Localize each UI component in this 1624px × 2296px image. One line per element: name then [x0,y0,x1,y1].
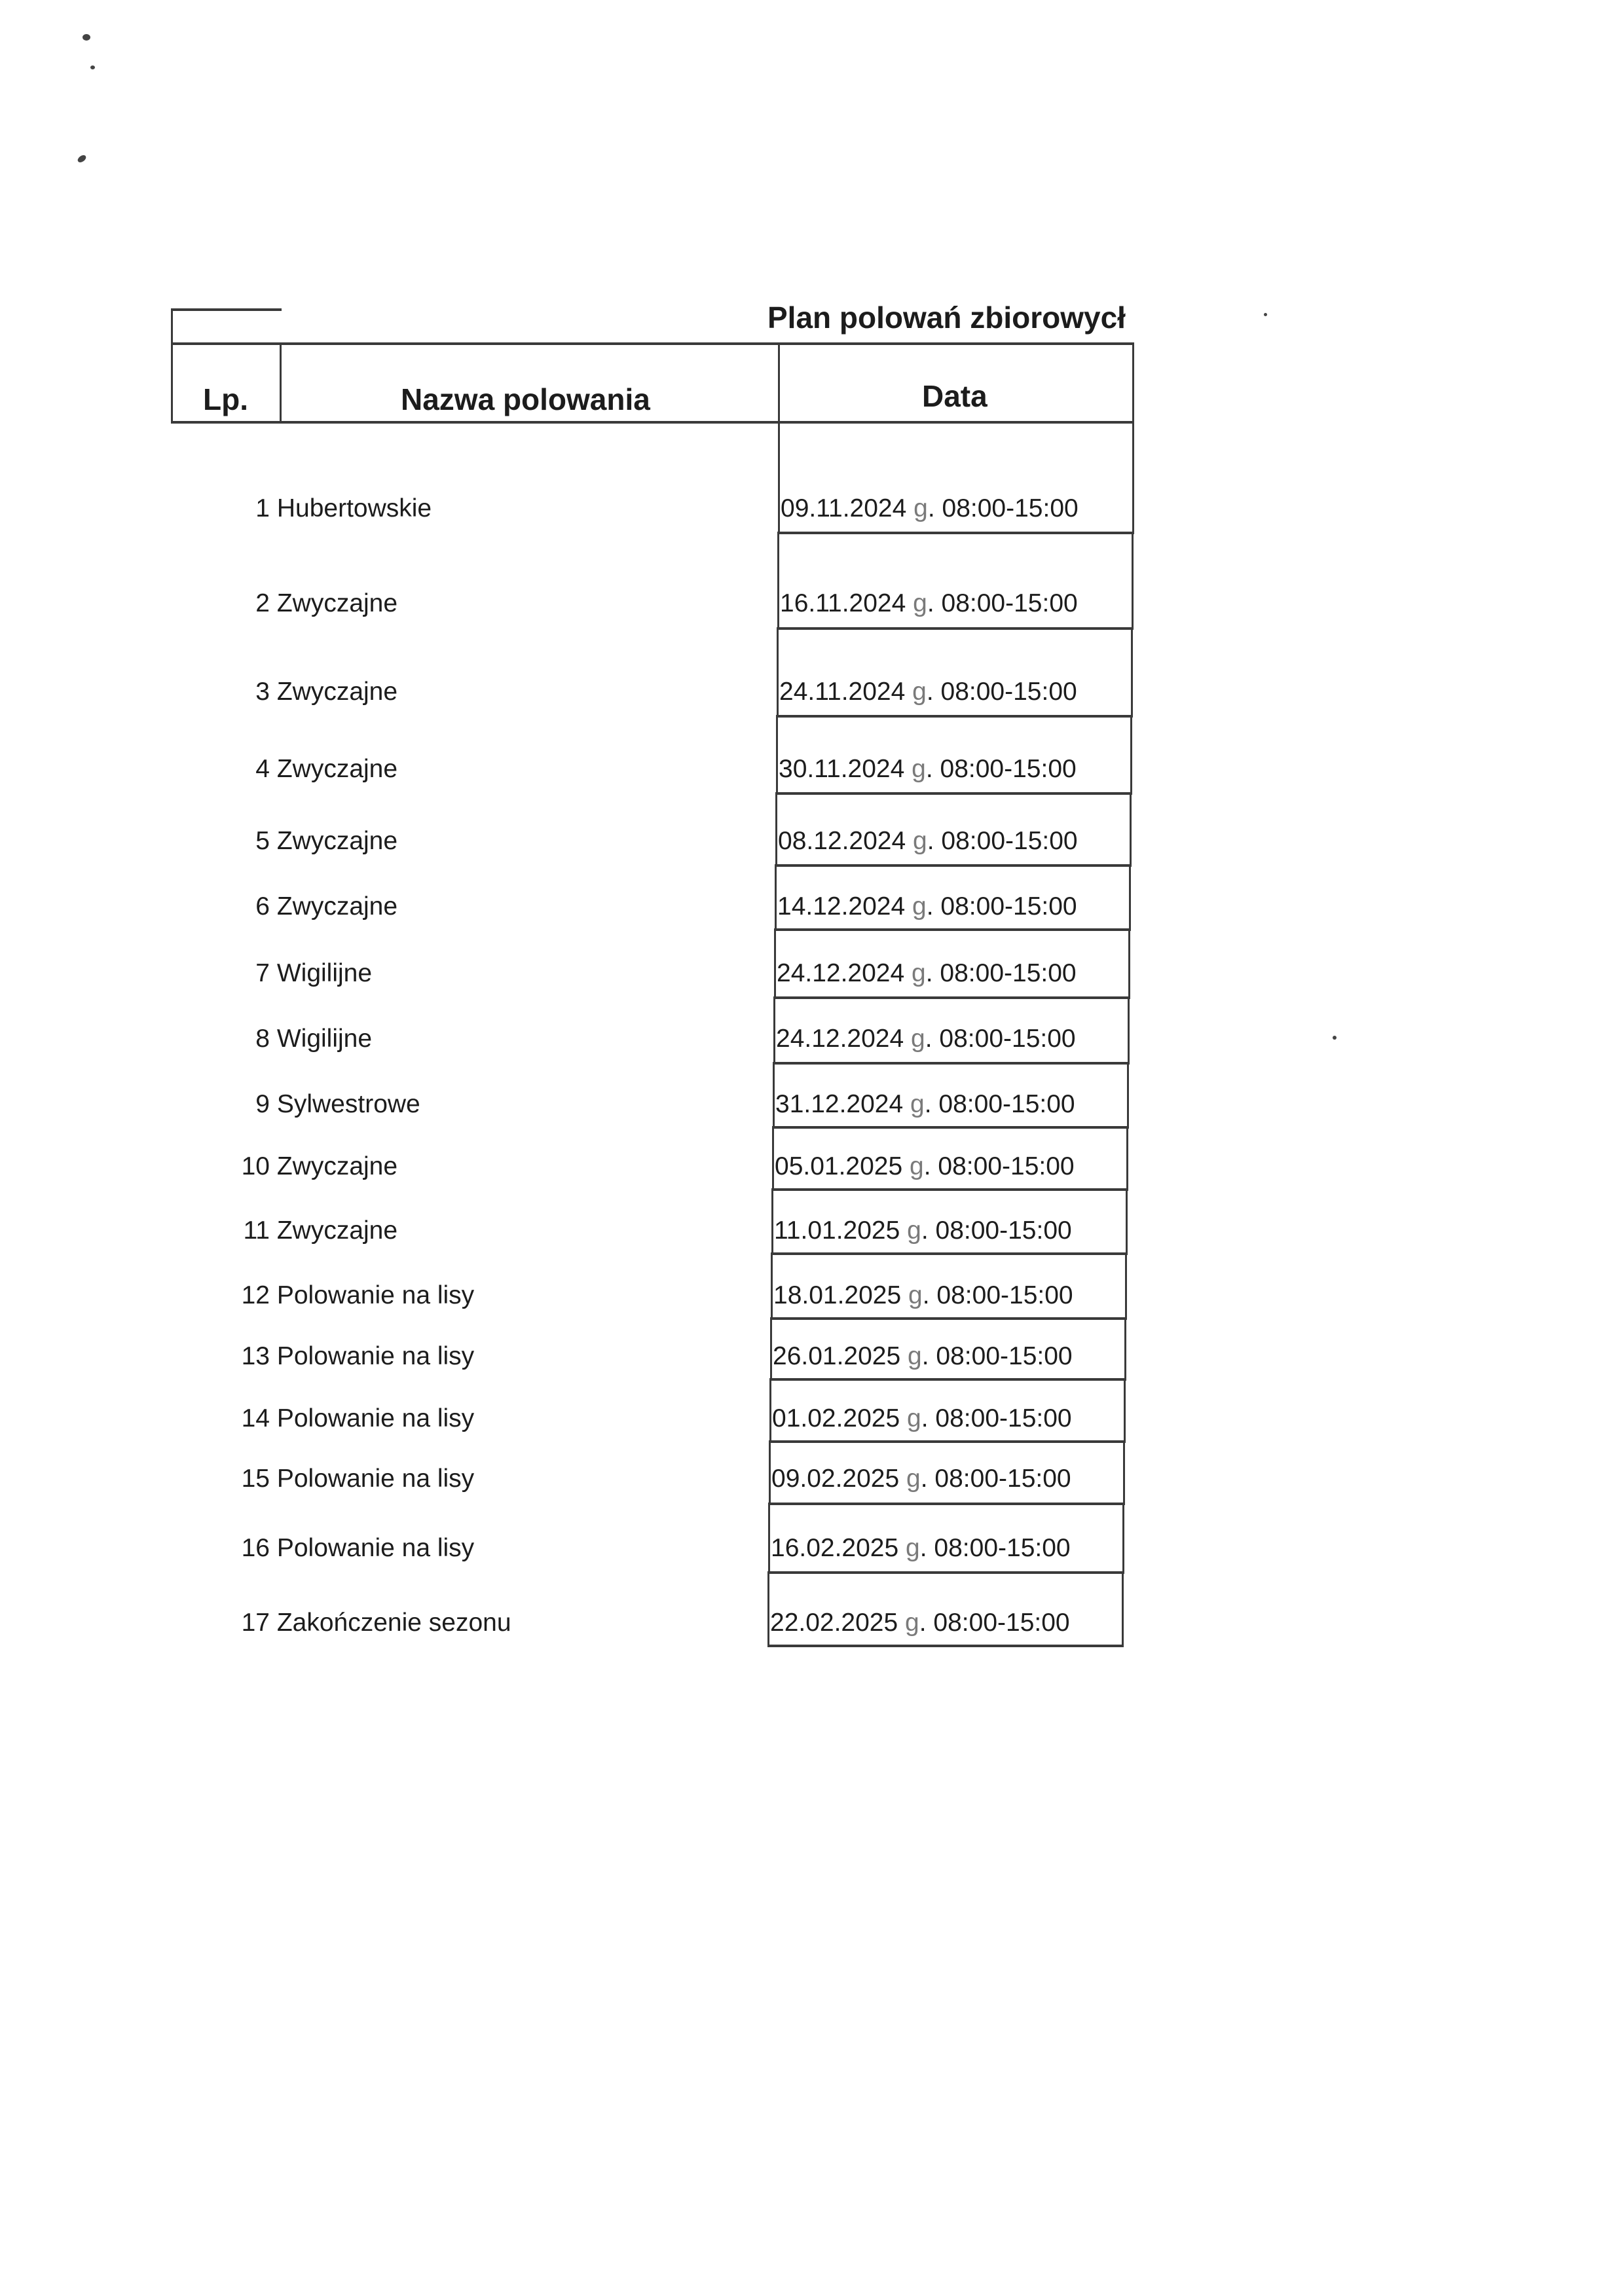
row-lp: 17 [242,1609,270,1637]
row-name: 4 Zwyczajne [255,755,397,784]
date-cell-bottom-border [769,1440,1126,1443]
date-cell-bottom-border [773,1126,1129,1129]
row-date-hour-abbrev: g [913,589,927,617]
date-cell-left-border [769,1440,771,1504]
row-hunt-name: Polowanie na lisy [277,1465,474,1493]
row-time-range: . 08:00-15:00 [927,892,1077,920]
row-hunt-name: Zwyczajne [277,1152,397,1180]
header-top-stub [172,308,282,311]
row-date-hour-abbrev: g [911,1025,925,1053]
row-time-range: . 08:00-15:00 [924,1152,1075,1180]
row-date-value: 31.12.2024 [775,1090,903,1118]
row-date: 01.02.2025 g. 08:00-15:00 [772,1404,1072,1433]
row-date-hour-abbrev: g [905,1609,919,1637]
lp-col-divider [280,342,282,424]
row-date-value: 11.01.2025 [774,1216,900,1245]
row-hunt-name: Zwyczajne [277,827,397,855]
row-name: 3 Zwyczajne [255,678,397,706]
row-lp: 11 [244,1216,270,1245]
date-cell-bottom-border [778,532,1134,534]
row-date-value: 24.12.2024 [777,959,904,987]
row-lp: 12 [242,1281,270,1309]
row-date-hour-abbrev: g [907,1216,921,1245]
date-cell-right-border [1130,792,1132,866]
row-time-range: . 08:00-15:00 [921,1216,1072,1245]
row-date-value: 05.01.2025 [775,1152,902,1180]
row-name: 1 Hubertowskie [255,494,432,523]
row-hunt-name: Polowanie na lisy [277,1534,474,1562]
date-cell-bottom-border [770,1378,1126,1381]
scan-speck [1264,313,1267,316]
row-lp: 5 [255,827,270,855]
row-time-range: . 08:00-15:00 [923,1281,1073,1309]
date-cell-bottom-border [775,928,1131,931]
row-date-value: 16.11.2024 [780,589,906,617]
row-time-range: . 08:00-15:00 [927,827,1078,855]
row-lp: 7 [255,959,270,987]
date-cell-bottom-border [771,1317,1127,1320]
date-cell-left-border [771,1252,773,1319]
column-header-date: Data [922,378,987,414]
date-cell-bottom-border [777,627,1134,630]
date-cell-left-border [773,1062,775,1128]
row-time-range: . 08:00-15:00 [921,1465,1071,1493]
row-date: 26.01.2025 g. 08:00-15:00 [773,1342,1073,1371]
row-date: 24.11.2024 g. 08:00-15:00 [779,678,1077,706]
date-cell-bottom-border [768,1571,1124,1574]
document-title: Plan polowań zbiorowycł [767,300,1134,335]
date-cell-left-border [775,864,777,930]
row-hunt-name: Zwyczajne [277,1216,397,1245]
date-cell-bottom-border [771,1252,1128,1255]
row-lp: 13 [242,1342,270,1370]
row-date: 18.01.2025 g. 08:00-15:00 [773,1281,1073,1310]
row-date-value: 09.11.2024 [781,494,906,522]
row-date-hour-abbrev: g [913,494,928,522]
row-date-value: 30.11.2024 [779,755,904,783]
date-cell-right-border [1125,1252,1127,1319]
row-name: 12 Polowanie na lisy [242,1281,475,1310]
date-cell-right-border [1128,996,1130,1064]
row-lp: 10 [242,1152,270,1180]
row-name: 14 Polowanie na lisy [242,1404,475,1433]
date-cell-left-border [768,1503,770,1573]
row-date-hour-abbrev: g [912,755,926,783]
date-col-right-border-header [1132,342,1134,424]
date-cell-left-border [772,1126,774,1190]
scan-speck [77,154,88,164]
row-hunt-name: Zwyczajne [277,589,397,617]
row-date: 22.02.2025 g. 08:00-15:00 [770,1609,1070,1637]
row-lp: 15 [242,1465,270,1493]
row-hunt-name: Zwyczajne [277,892,397,920]
row-name: 17 Zakończenie sezonu [242,1609,511,1637]
row-date-hour-abbrev: g [906,1465,921,1493]
row-name: 8 Wigilijne [255,1025,372,1053]
date-cell-bottom-border [772,1188,1128,1191]
row-date-value: 08.12.2024 [778,827,906,855]
date-cell-left-border [776,715,778,794]
row-date: 11.01.2025 g. 08:00-15:00 [774,1216,1072,1245]
row-hunt-name: Polowanie na lisy [277,1342,474,1370]
row-hunt-name: Wigilijne [277,959,372,987]
row-date-value: 24.11.2024 [779,678,905,706]
row-hunt-name: Zakończenie sezonu [277,1609,511,1637]
row-lp: 9 [255,1090,270,1118]
row-time-range: . 08:00-15:00 [927,589,1078,617]
date-cell-right-border [1126,1126,1128,1190]
row-name: 13 Polowanie na lisy [242,1342,475,1371]
scan-speck [1333,1036,1337,1040]
date-cell-right-border [1123,1440,1125,1504]
row-date-value: 01.02.2025 [772,1404,900,1432]
date-col-left-border [778,342,780,424]
row-date-hour-abbrev: g [906,1534,920,1562]
row-time-range: . 08:00-15:00 [922,1342,1073,1370]
date-cell-right-border [1132,532,1134,629]
row-time-range: . 08:00-15:00 [920,1534,1071,1562]
row-hunt-name: Polowanie na lisy [277,1281,474,1309]
row-date-value: 18.01.2025 [773,1281,901,1309]
row-date: 24.12.2024 g. 08:00-15:00 [776,1025,1076,1053]
date-cell-right-border [1131,627,1133,717]
row-date: 16.02.2025 g. 08:00-15:00 [771,1534,1071,1563]
date-cell-bottom-border [775,864,1132,867]
row-time-range: . 08:00-15:00 [926,959,1077,987]
row-name: 7 Wigilijne [255,959,372,988]
row-lp: 8 [255,1025,270,1053]
row-name: 6 Zwyczajne [255,892,397,921]
row-date-hour-abbrev: g [910,1090,925,1118]
header-left-border [171,308,173,424]
row-date-value: 14.12.2024 [777,892,905,920]
date-cell-left-border [773,996,775,1064]
date-cell-left-border [774,928,776,998]
date-cell-right-border [1126,1188,1128,1254]
row-date-hour-abbrev: g [912,678,927,706]
date-cell-bottom-border [769,1503,1125,1505]
date-cell-right-border [1127,1062,1129,1128]
row-date: 14.12.2024 g. 08:00-15:00 [777,892,1077,921]
header-bottom-border [171,421,1134,424]
date-cell-bottom-border [774,996,1130,999]
row-date-hour-abbrev: g [913,827,927,855]
date-cell-right-border [1122,1571,1124,1647]
date-cell-left-border [778,421,780,534]
row-date: 05.01.2025 g. 08:00-15:00 [775,1152,1075,1181]
row-date-value: 16.02.2025 [771,1534,898,1562]
row-date: 30.11.2024 g. 08:00-15:00 [779,755,1077,784]
row-name: 9 Sylwestrowe [255,1090,420,1119]
row-date-value: 24.12.2024 [776,1025,904,1053]
row-hunt-name: Polowanie na lisy [277,1404,474,1432]
row-time-range: . 08:00-15:00 [919,1609,1070,1637]
row-hunt-name: Wigilijne [277,1025,372,1053]
row-date-hour-abbrev: g [908,1281,923,1309]
row-name: 10 Zwyczajne [242,1152,397,1181]
date-cell-left-border [777,532,779,629]
date-cell-left-border [771,1188,773,1254]
date-cell-right-border [1132,421,1134,534]
scan-speck [83,34,90,41]
row-name: 5 Zwyczajne [255,827,397,856]
date-cell-left-border [770,1317,772,1380]
row-date: 09.02.2025 g. 08:00-15:00 [771,1465,1071,1493]
row-time-range: . 08:00-15:00 [926,755,1077,783]
row-time-range: . 08:00-15:00 [927,678,1077,706]
row-name: 15 Polowanie na lisy [242,1465,475,1493]
row-date-value: 09.02.2025 [771,1465,899,1493]
date-cell-right-border [1124,1378,1126,1442]
row-name: 11 Zwyczajne [244,1216,398,1245]
column-header-name: Nazwa polowania [401,382,650,417]
row-date-hour-abbrev: g [910,1152,924,1180]
row-date-hour-abbrev: g [907,1404,921,1432]
row-time-range: . 08:00-15:00 [925,1090,1075,1118]
row-date: 09.11.2024 g. 08:00-15:00 [781,494,1079,523]
row-lp: 14 [242,1404,270,1432]
row-date-hour-abbrev: g [912,892,927,920]
row-hunt-name: Sylwestrowe [277,1090,420,1118]
row-date: 31.12.2024 g. 08:00-15:00 [775,1090,1075,1119]
date-cell-right-border [1124,1317,1126,1380]
row-lp: 3 [255,678,270,706]
row-hunt-name: Zwyczajne [277,678,397,706]
header-top-border [171,342,1134,345]
date-cell-bottom-border [777,715,1133,718]
row-name: 16 Polowanie na lisy [242,1534,475,1563]
row-date-value: 22.02.2025 [770,1609,898,1637]
date-cell-left-border [775,792,777,866]
row-date: 24.12.2024 g. 08:00-15:00 [777,959,1077,988]
row-date-hour-abbrev: g [908,1342,922,1370]
row-hunt-name: Zwyczajne [277,755,397,783]
date-cell-right-border [1128,928,1130,998]
date-cell-right-border [1130,715,1132,794]
date-cell-right-border [1122,1503,1124,1573]
row-time-range: . 08:00-15:00 [925,1025,1076,1053]
row-lp: 1 [255,494,270,522]
column-header-lp: Lp. [203,382,248,417]
row-lp: 4 [255,755,270,783]
date-cell-bottom-border [776,792,1132,795]
row-time-range: . 08:00-15:00 [928,494,1079,522]
row-date-value: 26.01.2025 [773,1342,900,1370]
date-cell-left-border [767,1571,769,1647]
date-cell-left-border [777,627,779,717]
row-lp: 16 [242,1534,270,1562]
row-date: 16.11.2024 g. 08:00-15:00 [780,589,1078,618]
date-cell-left-border [769,1378,771,1442]
row-name: 2 Zwyczajne [255,589,397,618]
date-cell-bottom-border [773,1062,1130,1065]
date-cell-bottom-border [767,1645,1124,1647]
row-lp: 6 [255,892,270,920]
row-date: 08.12.2024 g. 08:00-15:00 [778,827,1078,856]
row-date-hour-abbrev: g [912,959,926,987]
date-cell-right-border [1129,864,1131,930]
row-lp: 2 [255,589,270,617]
row-time-range: . 08:00-15:00 [921,1404,1072,1432]
scan-speck [90,65,95,69]
row-hunt-name: Hubertowskie [277,494,432,522]
